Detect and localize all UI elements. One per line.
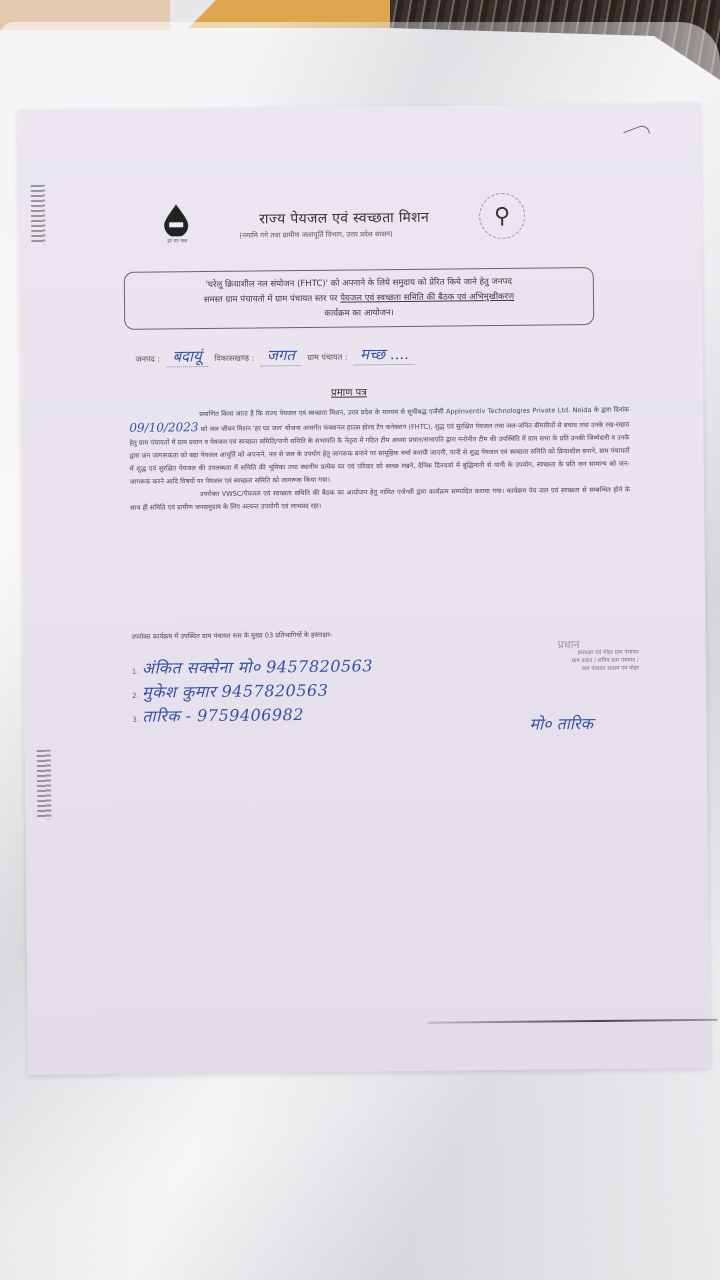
signature-number: 2.	[132, 692, 142, 700]
pradhan-caption-line3: ग्राम पंचायत सदस्य एवं मोहर	[499, 665, 639, 674]
certificate-title: प्रमाण पत्र	[331, 384, 367, 398]
body-paragraph-2: उपरोक्त VWSC/पेयजल एवं स्वच्छता समिति की…	[130, 484, 630, 515]
pradhan-stamp-block: प्रधान हस्ताक्षर एवं मोहर ग्राम पंचायत ग…	[499, 641, 639, 674]
signature-text: अंकित सक्सेना मो० 9457820563	[142, 654, 373, 678]
water-drop-logo-icon	[159, 202, 193, 236]
pradhan-signature: मो० तारिक	[529, 712, 593, 735]
certificate-body: प्रमाणित किया जाता है कि राज्य पेयजल एवं…	[129, 404, 630, 515]
block-label: विकासखण्ड :	[214, 354, 254, 363]
panchayat-value: मच्छ ....	[354, 344, 415, 366]
location-fields: जनपद : बदायूं विकासखण्ड : जगत ग्राम पंचा…	[135, 342, 615, 368]
signature-text: तारिक - 9759406982	[142, 703, 304, 727]
organization-title: राज्य पेयजल एवं स्वच्छता मिशन	[259, 208, 429, 229]
up-government-emblem-icon: ⚲	[479, 193, 525, 239]
signature-list: 1. अंकित सक्सेना मो० 9457820563 2. मुकेश…	[132, 653, 493, 729]
signature-number: 3.	[132, 716, 142, 724]
program-heading-box: 'घरेलू क्रियाशील नल संयोजन (FHTC)' को अप…	[124, 267, 595, 330]
signature-intro: उपरोक्त कार्यक्रम में उपस्थित ग्राम पंचा…	[131, 629, 431, 643]
district-value: बदायूं	[166, 346, 207, 367]
program-heading-line2-prefix: समस्त ग्राम पंचायतो में ग्राम पंचायत स्त…	[204, 294, 340, 305]
district-label: जनपद :	[136, 355, 160, 364]
signature-number: 1.	[132, 668, 142, 676]
body-part1: प्रमाणित किया जाता है कि राज्य पेयजल एवं…	[199, 406, 629, 419]
certificate-paper: हर घर जल राज्य पेयजल एवं स्वच्छता मिशन (…	[18, 103, 710, 1075]
scan-artifact	[31, 185, 46, 245]
organization-subtitle: (नमामि गंगे तथा ग्रामीण जलापूर्ति विभाग,…	[239, 230, 393, 241]
footer-divider	[428, 1019, 718, 1024]
document-header: हर घर जल राज्य पेयजल एवं स्वच्छता मिशन (…	[169, 194, 570, 258]
panchayat-label: ग्राम पंचायत :	[307, 353, 347, 362]
body-part2: को जल जीवन मिशन 'हर घर जल' योजना अन्तर्ग…	[129, 421, 629, 486]
block-value: जगत	[261, 345, 301, 366]
handwritten-date: 09/10/2023	[129, 420, 198, 435]
program-heading-underlined: पेयजल एवं स्वच्छता समिति की बैठक एवं अभि…	[340, 292, 514, 304]
logo-caption: हर घर जल	[153, 238, 201, 245]
signature-row: 3. तारिक - 9759406982	[132, 701, 492, 729]
signature-text: मुकेश कुमार 9457820563	[142, 679, 328, 703]
body-para2: उपरोक्त VWSC/पेयजल एवं स्वच्छता समिति की…	[130, 486, 630, 512]
scan-artifact	[37, 750, 52, 820]
body-paragraph-1: प्रमाणित किया जाता है कि राज्य पेयजल एवं…	[129, 404, 630, 489]
staple-pin-icon	[623, 123, 650, 142]
